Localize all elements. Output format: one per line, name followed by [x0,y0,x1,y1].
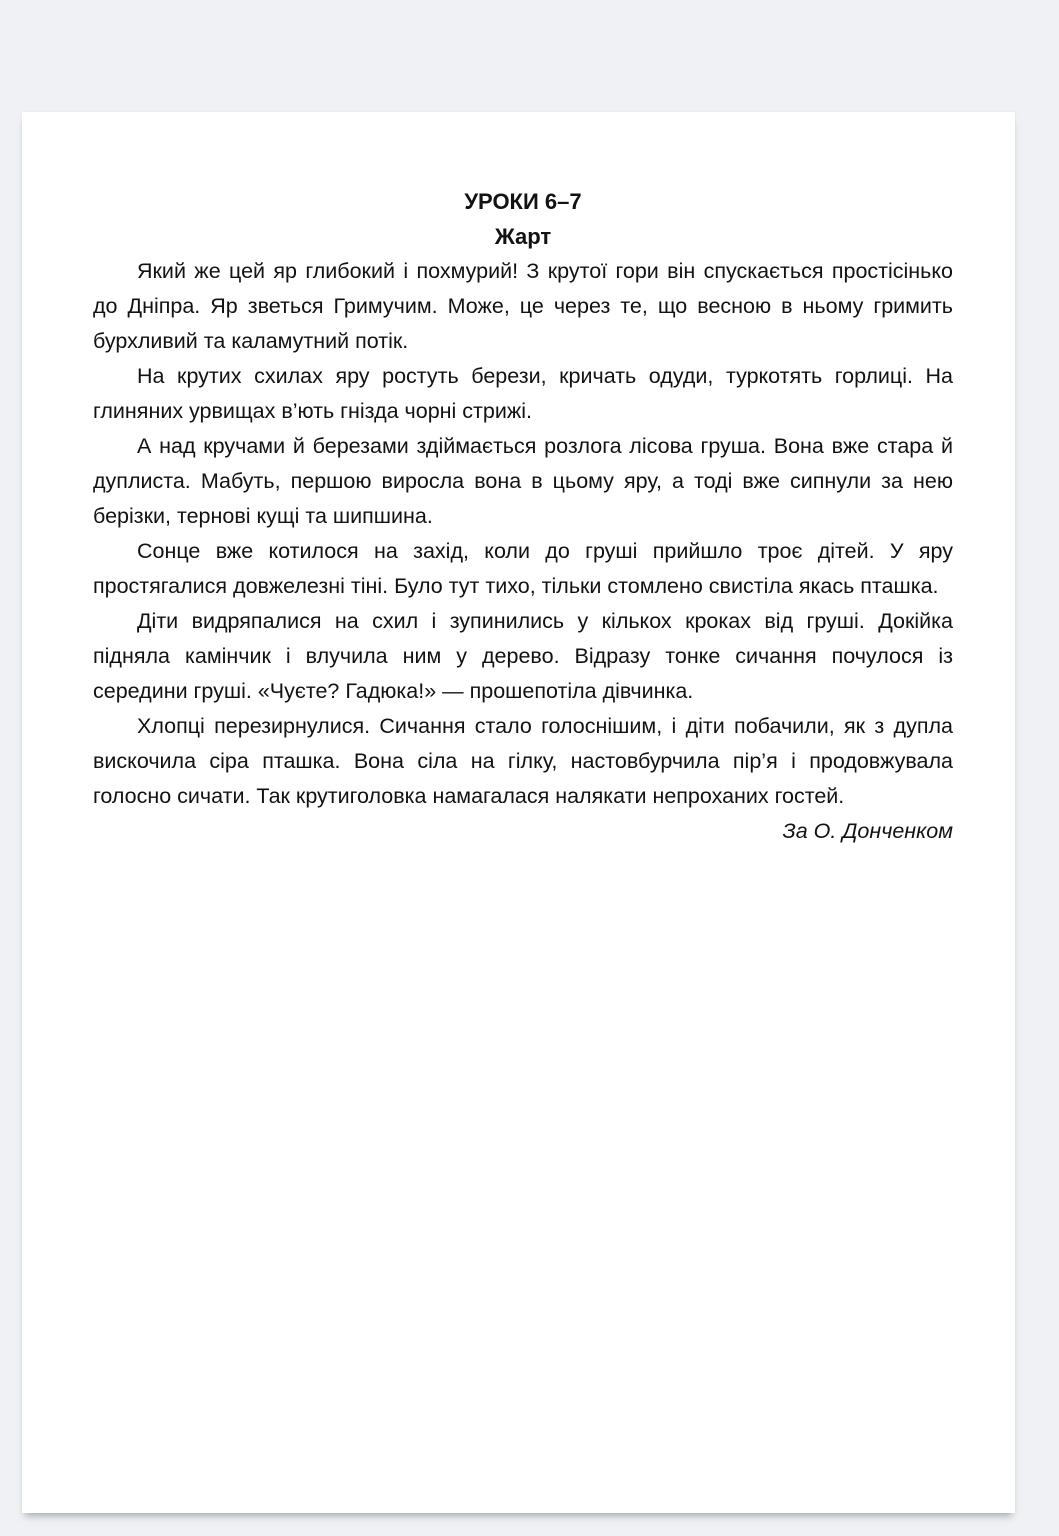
author-attribution: За О. Донченком [93,814,953,849]
lessons-heading: УРОКИ 6–7 [93,184,953,219]
viewer-background: { "colors": { "background": "#eff1f4", "… [0,0,1059,1536]
paragraph-6: Хлопці перезирнулися. Сичання стало голо… [93,709,953,814]
story-title: Жарт [93,219,953,254]
paragraph-4: Сонце вже котилося на захід, коли до гру… [93,534,953,604]
document-page: УРОКИ 6–7 Жарт Який же цей яр глибокий і… [22,112,1015,1513]
paragraph-5: Діти видряпалися на схил і зупинились у … [93,604,953,709]
paragraph-3: А над кручами й березами здіймається роз… [93,429,953,534]
paragraph-2: На крутих схилах яру ростуть берези, кри… [93,359,953,429]
paragraph-1: Який же цей яр глибокий і похмурий! З кр… [93,254,953,359]
